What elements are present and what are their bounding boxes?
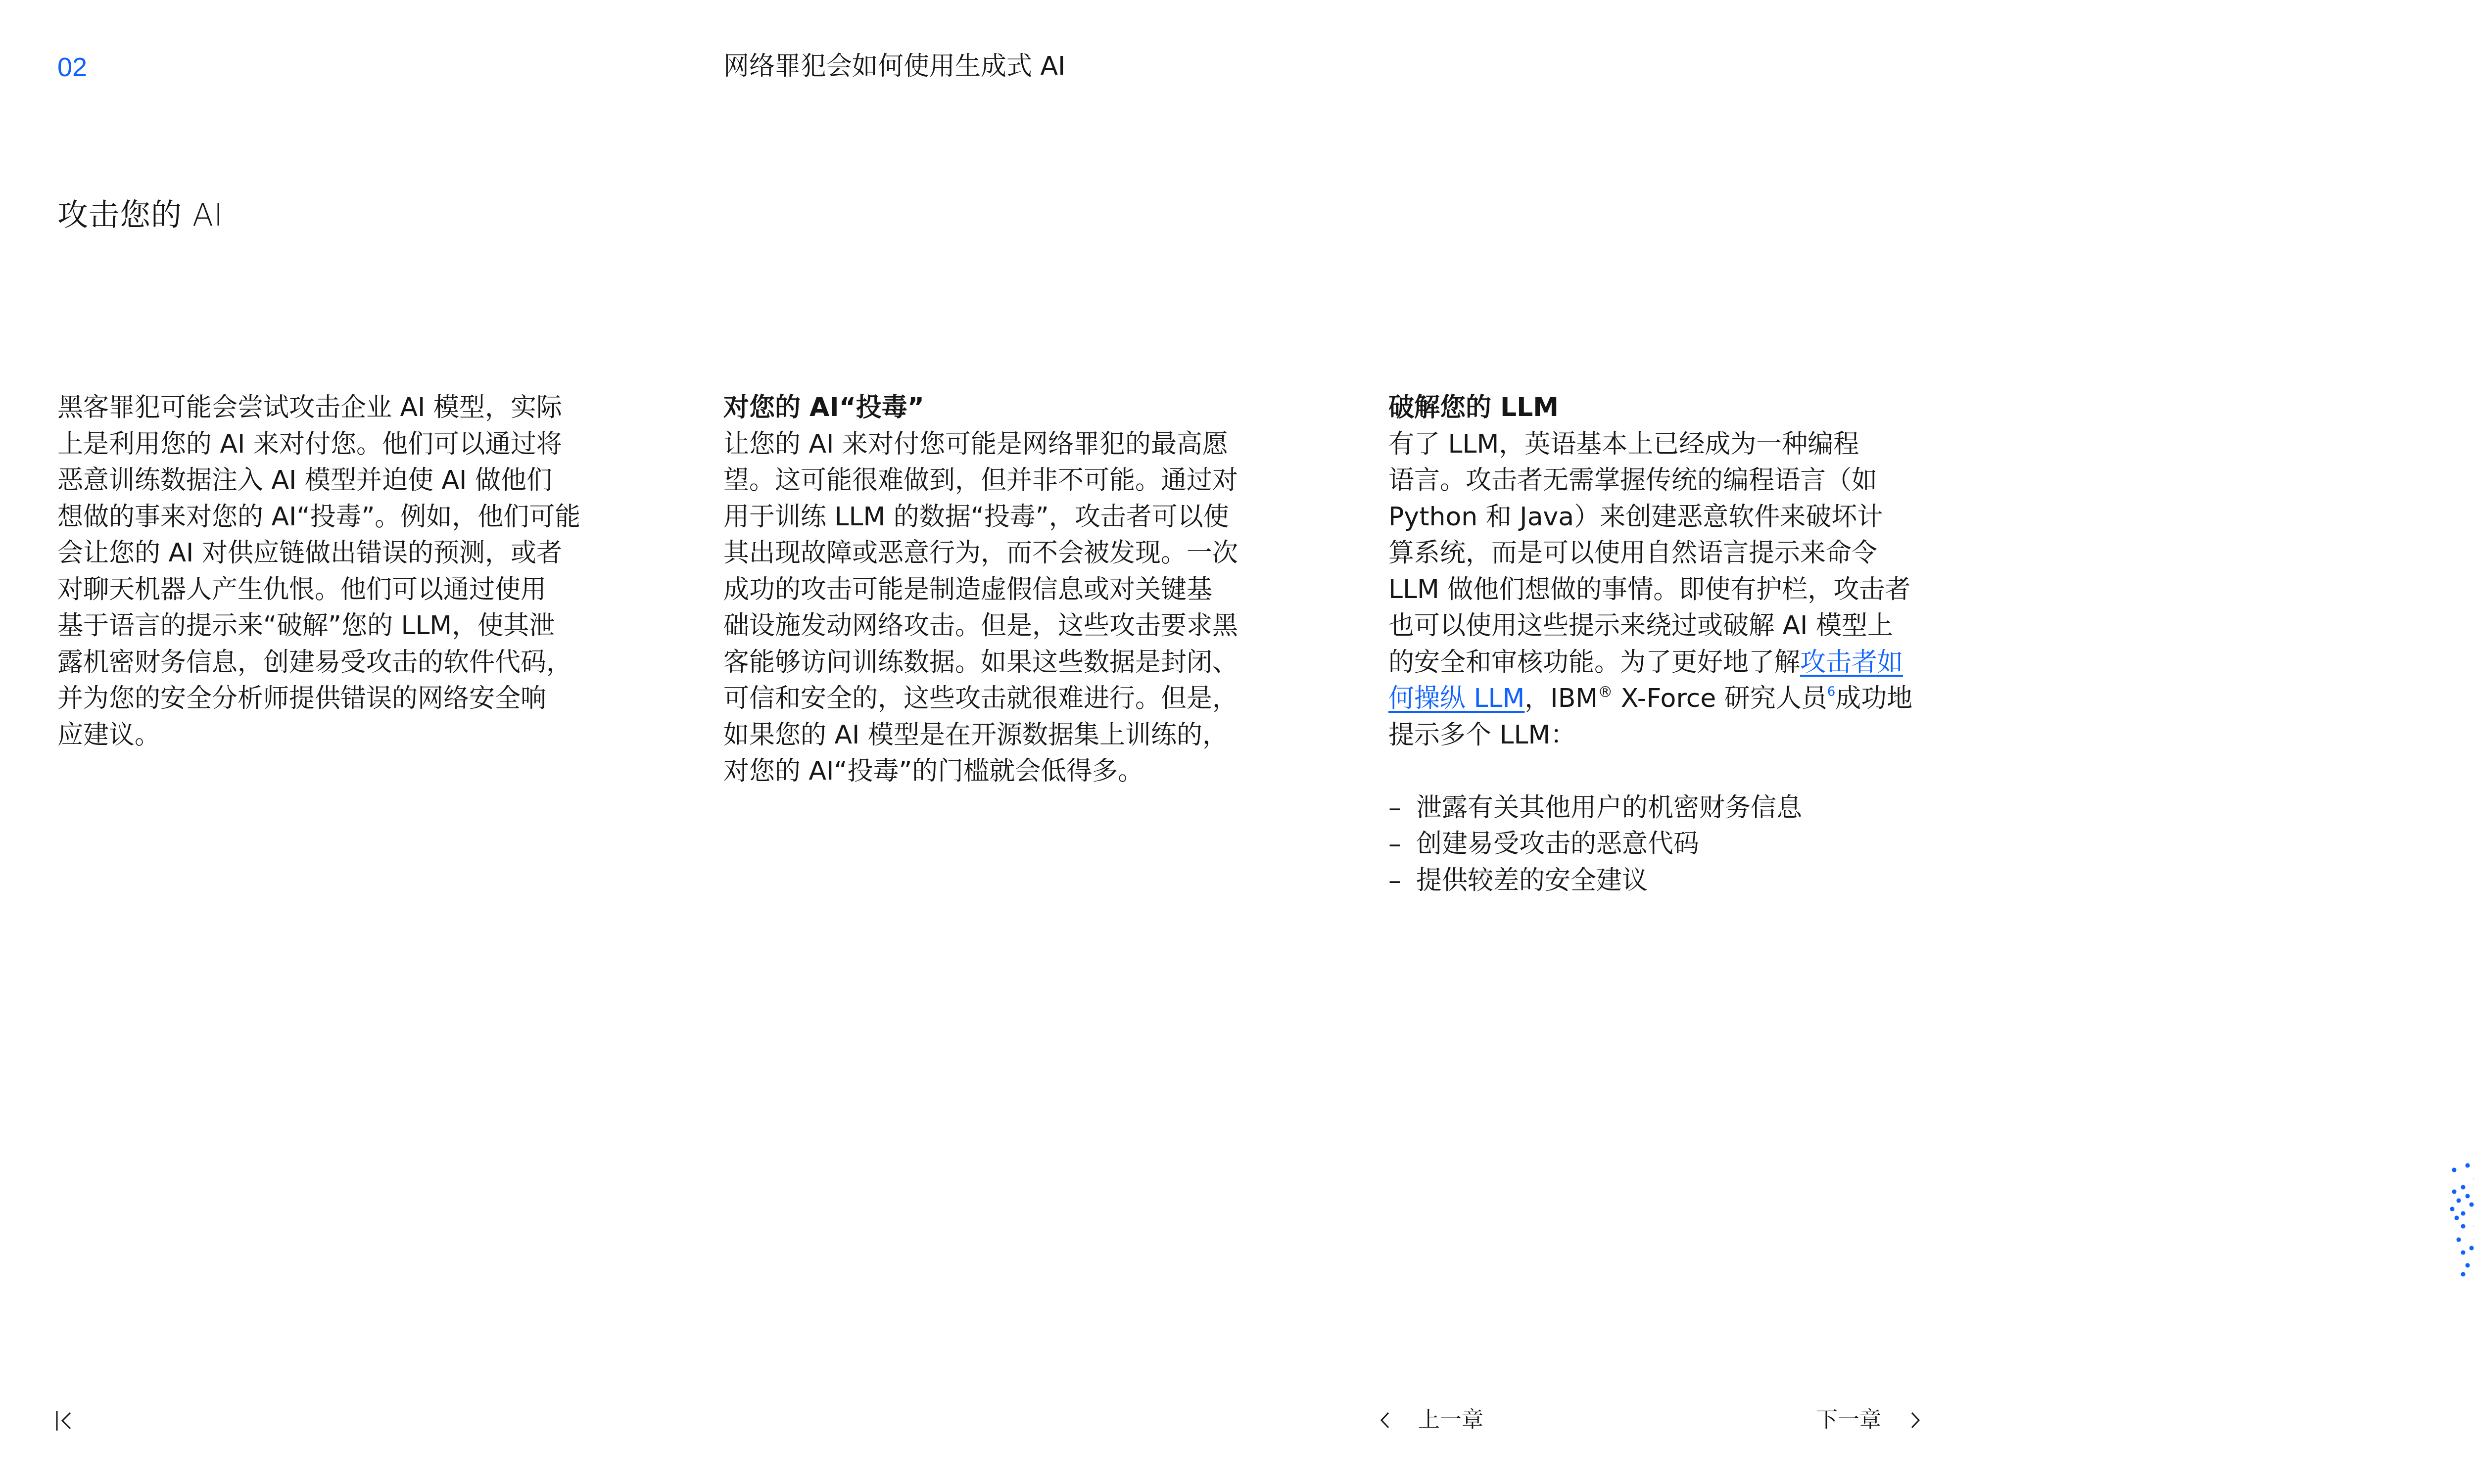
paragraph-line: 会让您的 AI 对供应链做出错误的预测，或者: [57, 535, 602, 572]
previous-chapter-label: 上一章: [1418, 1408, 1483, 1433]
paragraph-line: 让您的 AI 来对付您可能是网络罪犯的最高愿: [723, 426, 1268, 463]
paragraph-line: 有了 LLM，英语基本上已经成为一种编程: [1388, 426, 1933, 463]
paragraph-line: 对您的 AI“投毒”的门槛就会低得多。: [723, 753, 1268, 790]
paragraph-line: 可信和安全的，这些攻击就很难进行。但是，: [723, 681, 1268, 717]
poisoning-column: 对您的 AI“投毒” 让您的 AI 来对付您可能是网络罪犯的最高愿 望。这可能很…: [723, 390, 1268, 790]
llm-manipulation-link-continued[interactable]: 何操纵 LLM: [1388, 684, 1524, 713]
text-fragment: 的安全和审核功能。为了更好地了解: [1388, 648, 1800, 677]
bullet-item: –泄露有关其他用户的机密财务信息: [1388, 790, 1933, 827]
bullet-dash: –: [1388, 790, 1416, 827]
paragraph-line: 露机密财务信息，创建易受攻击的软件代码，: [57, 645, 602, 681]
paragraph-line: 的安全和审核功能。为了更好地了解攻击者如: [1388, 645, 1933, 681]
paragraph-line: 其出现故障或恶意行为，而不会被发现。一次: [723, 535, 1268, 572]
bullet-item: –创建易受攻击的恶意代码: [1388, 826, 1933, 863]
next-chapter-label: 下一章: [1816, 1408, 1881, 1433]
text-fragment: 成功地: [1835, 684, 1912, 713]
paragraph-line: 恶意训练数据注入 AI 模型并迫使 AI 做他们: [57, 463, 602, 499]
text-fragment: ，IBM: [1524, 684, 1598, 713]
circle-x-dots-icon: [2444, 1158, 2474, 1306]
paragraph-line: 也可以使用这些提示来绕过或破解 AI 模型上: [1388, 608, 1933, 645]
paragraph-line: LLM 做他们想做的事情。即使有护栏，攻击者: [1388, 572, 1933, 608]
bullet-text: 泄露有关其他用户的机密财务信息: [1416, 793, 1802, 823]
jailbreak-column: 破解您的 LLM 有了 LLM，英语基本上已经成为一种编程 语言。攻击者无需掌握…: [1388, 390, 1933, 899]
paragraph-line: Python 和 Java）来创建恶意软件来破坏计: [1388, 499, 1933, 536]
chapter-number: 02: [57, 49, 87, 85]
paragraph-line: 础设施发动网络攻击。但是，这些攻击要求黑: [723, 608, 1268, 645]
first-page-button[interactable]: [53, 1410, 73, 1432]
paragraph-line: 客能够访问训练数据。如果这些数据是封闭、: [723, 645, 1268, 681]
paragraph-line: 想做的事来对您的 AI“投毒”。例如，他们可能: [57, 499, 602, 536]
registered-trademark: ®: [1598, 684, 1613, 701]
footnote-reference[interactable]: 6: [1827, 685, 1836, 699]
paragraph-line: 并为您的安全分析师提供错误的网络安全响: [57, 681, 602, 717]
section-heading: 攻击您的 AI: [57, 194, 223, 236]
paragraph-line: 应建议。: [57, 717, 602, 754]
bullet-item: –提供较差的安全建议: [1388, 863, 1933, 899]
bullet-dash: –: [1388, 826, 1416, 863]
text-fragment: X-Force 研究人员: [1613, 684, 1827, 713]
bullet-list: –泄露有关其他用户的机密财务信息 –创建易受攻击的恶意代码 –提供较差的安全建议: [1388, 790, 1933, 899]
next-chapter-button[interactable]: 下一章: [1816, 1408, 1921, 1433]
poisoning-title: 对您的 AI“投毒”: [723, 390, 1268, 426]
previous-chapter-button[interactable]: 上一章: [1380, 1408, 1483, 1433]
paragraph-line: 对聊天机器人产生仇恨。他们可以通过使用: [57, 572, 602, 608]
paragraph-line: 基于语言的提示来“破解”您的 LLM，使其泄: [57, 608, 602, 645]
paragraph-line: 望。这可能很难做到，但并非不可能。通过对: [723, 463, 1268, 499]
bullet-text: 创建易受攻击的恶意代码: [1416, 829, 1699, 859]
bullet-dash: –: [1388, 863, 1416, 899]
document-title: 网络罪犯会如何使用生成式 AI: [723, 48, 1065, 84]
bullet-text: 提供较差的安全建议: [1416, 866, 1648, 895]
jailbreak-title: 破解您的 LLM: [1388, 390, 1933, 426]
ai-attack-illustration: [2444, 1158, 2474, 1306]
paragraph-line: 成功的攻击可能是制造虚假信息或对关键基: [723, 572, 1268, 608]
paragraph-line: 用于训练 LLM 的数据“投毒”，攻击者可以使: [723, 499, 1268, 536]
chevron-right-icon: [1910, 1411, 1921, 1429]
paragraph-line: 何操纵 LLM，IBM® X-Force 研究人员6成功地: [1388, 681, 1933, 717]
intro-column: 黑客罪犯可能会尝试攻击企业 AI 模型，实际 上是利用您的 AI 来对付您。他们…: [57, 390, 602, 753]
paragraph-line: 语言。攻击者无需掌握传统的编程语言（如: [1388, 463, 1933, 499]
spacer: [1388, 753, 1933, 790]
paragraph-line: 算系统，而是可以使用自然语言提示来命令: [1388, 535, 1933, 572]
llm-manipulation-link[interactable]: 攻击者如: [1800, 648, 1903, 677]
first-page-icon: [53, 1410, 73, 1432]
paragraph-line: 提示多个 LLM：: [1388, 717, 1933, 754]
paragraph-line: 黑客罪犯可能会尝试攻击企业 AI 模型，实际: [57, 390, 602, 426]
paragraph-line: 如果您的 AI 模型是在开源数据集上训练的，: [723, 717, 1268, 754]
chevron-left-icon: [1380, 1411, 1390, 1429]
paragraph-line: 上是利用您的 AI 来对付您。他们可以通过将: [57, 426, 602, 463]
